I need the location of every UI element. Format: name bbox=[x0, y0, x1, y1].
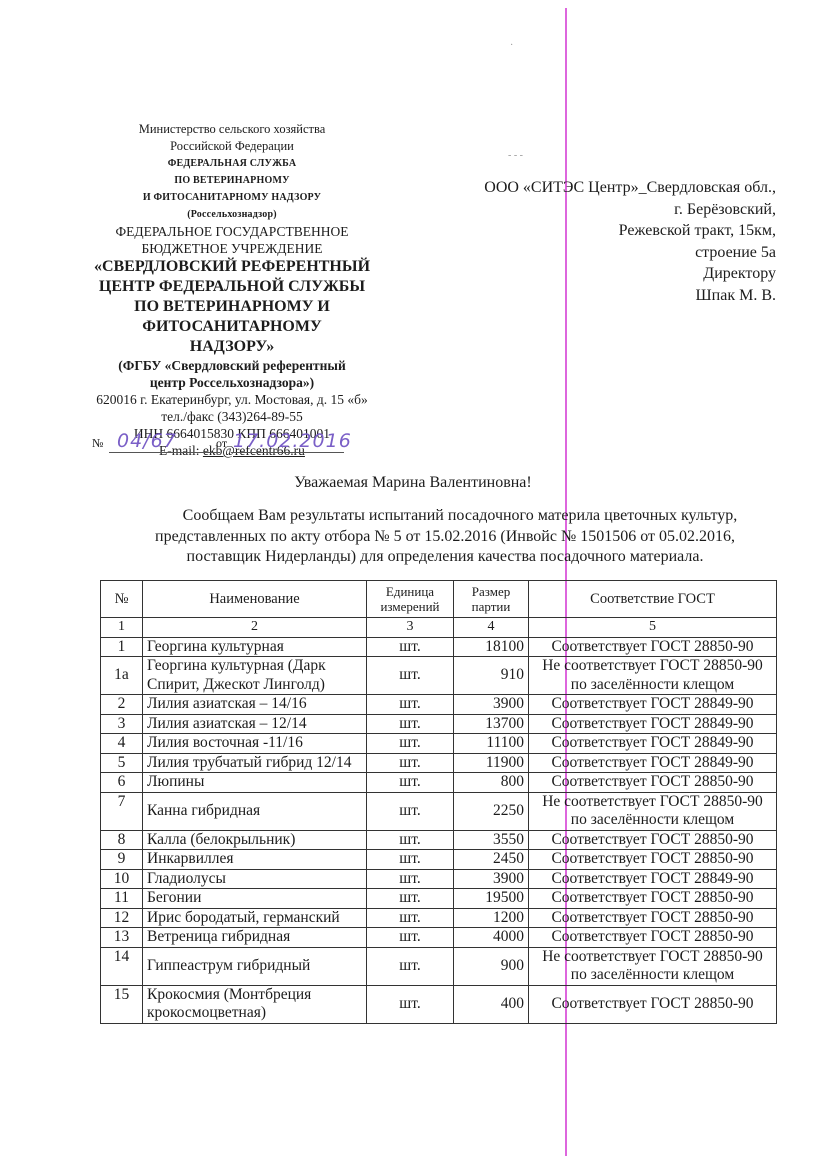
letterhead-address: 620016 г. Екатеринбург, ул. Мостовая, д.… bbox=[82, 391, 382, 408]
recipient-line: ООО «СИТЭС Центр»_Свердловская обл., bbox=[484, 177, 776, 199]
row-unit: шт. bbox=[367, 830, 454, 850]
row-name: Лилия трубчатый гибрид 12/14 bbox=[143, 753, 367, 773]
letterhead-line: ФИТОСАНИТАРНОМУ bbox=[82, 317, 382, 337]
body-paragraph: Сообщаем Вам результаты испытаний посадо… bbox=[105, 506, 785, 568]
letterhead-line: И ФИТОСАНИТАРНОМУ НАДЗОРУ bbox=[82, 189, 382, 206]
row-unit: шт. bbox=[367, 657, 454, 695]
row-unit: шт. bbox=[367, 985, 454, 1023]
row-unit: шт. bbox=[367, 734, 454, 754]
col-header-name: Наименование bbox=[143, 581, 367, 618]
col-header-size-line2: партии bbox=[458, 599, 524, 614]
row-number: 13 bbox=[101, 928, 143, 948]
row-size: 800 bbox=[454, 773, 529, 793]
row-name: Инкарвиллея bbox=[143, 850, 367, 870]
row-name: Калла (белокрыльник) bbox=[143, 830, 367, 850]
scan-smudge: · bbox=[510, 40, 513, 51]
table-row: 3Лилия азиатская – 12/14шт.13700Соответс… bbox=[101, 714, 777, 734]
recipient-line: Директору bbox=[484, 263, 776, 285]
table-row: 5Лилия трубчатый гибрид 12/14шт.11900Соо… bbox=[101, 753, 777, 773]
row-size: 3550 bbox=[454, 830, 529, 850]
col-header-unit-line2: измерений bbox=[371, 599, 449, 614]
row-gost-compliance: Соответствует ГОСТ 28850-90 bbox=[529, 985, 777, 1023]
col-header-no: № bbox=[101, 581, 143, 618]
row-gost-compliance: Соответствует ГОСТ 28850-90 bbox=[529, 773, 777, 793]
row-unit: шт. bbox=[367, 928, 454, 948]
row-unit: шт. bbox=[367, 869, 454, 889]
letterhead-line: ПО ВЕТЕРИНАРНОМУ bbox=[82, 172, 382, 189]
row-name: Канна гибридная bbox=[143, 792, 367, 830]
table-header-row: № Наименование Единицаизмерений Размерпа… bbox=[101, 581, 777, 618]
row-unit: шт. bbox=[367, 695, 454, 715]
row-size: 18100 bbox=[454, 637, 529, 657]
reg-date-label: от bbox=[216, 436, 227, 451]
row-size: 19500 bbox=[454, 889, 529, 909]
row-gost-compliance: Соответствует ГОСТ 28850-90 bbox=[529, 637, 777, 657]
row-unit: шт. bbox=[367, 850, 454, 870]
column-number: 2 bbox=[143, 618, 367, 638]
row-size: 2250 bbox=[454, 792, 529, 830]
row-number: 15 bbox=[101, 985, 143, 1023]
row-name: Бегонии bbox=[143, 889, 367, 909]
table-row: 1аГеоргина культурная (Дарк Спирит, Джес… bbox=[101, 657, 777, 695]
row-number: 9 bbox=[101, 850, 143, 870]
body-line: представленных по акту отбора № 5 от 15.… bbox=[105, 527, 785, 548]
row-unit: шт. bbox=[367, 792, 454, 830]
row-gost-compliance: Соответствует ГОСТ 28850-90 bbox=[529, 830, 777, 850]
letter-page: · - - - Министерство сельского хозяйства… bbox=[0, 0, 826, 1169]
row-number: 5 bbox=[101, 753, 143, 773]
table-row: 1Георгина культурнаяшт.18100Соответствуе… bbox=[101, 637, 777, 657]
row-size: 13700 bbox=[454, 714, 529, 734]
letterhead-line: центр Россельхознадзора») bbox=[82, 374, 382, 391]
table-row: 6Люпинышт.800Соответствует ГОСТ 28850-90 bbox=[101, 773, 777, 793]
reg-number-label: № bbox=[92, 436, 103, 451]
row-gost-compliance: Соответствует ГОСТ 28850-90 bbox=[529, 850, 777, 870]
row-number: 11 bbox=[101, 889, 143, 909]
row-name: Люпины bbox=[143, 773, 367, 793]
recipient-line: Шпак М. В. bbox=[484, 285, 776, 307]
table-row: 2Лилия азиатская – 14/16шт.3900Соответст… bbox=[101, 695, 777, 715]
letterhead-line: Российской Федерации bbox=[82, 138, 382, 155]
col-header-unit: Единицаизмерений bbox=[367, 581, 454, 618]
table-body: 1Георгина культурнаяшт.18100Соответствуе… bbox=[101, 637, 777, 1023]
row-name: Ветреница гибридная bbox=[143, 928, 367, 948]
row-number: 7 bbox=[101, 792, 143, 830]
row-gost-compliance: Соответствует ГОСТ 28850-90 bbox=[529, 908, 777, 928]
letterhead-line: НАДЗОРУ» bbox=[82, 337, 382, 357]
row-gost-compliance: Соответствует ГОСТ 28850-90 bbox=[529, 928, 777, 948]
column-number: 3 bbox=[367, 618, 454, 638]
row-size: 3900 bbox=[454, 869, 529, 889]
row-size: 4000 bbox=[454, 928, 529, 948]
results-table: № Наименование Единицаизмерений Размерпа… bbox=[100, 580, 777, 1024]
row-name: Лилия восточная -11/16 bbox=[143, 734, 367, 754]
letterhead-line: (ФГБУ «Свердловский референтный bbox=[82, 357, 382, 374]
row-name: Гладиолусы bbox=[143, 869, 367, 889]
recipient-block: ООО «СИТЭС Центр»_Свердловская обл., г. … bbox=[484, 177, 776, 306]
row-unit: шт. bbox=[367, 637, 454, 657]
table-row: 9Инкарвиллеяшт.2450Соответствует ГОСТ 28… bbox=[101, 850, 777, 870]
row-gost-compliance: Соответствует ГОСТ 28849-90 bbox=[529, 753, 777, 773]
recipient-line: г. Берёзовский, bbox=[484, 199, 776, 221]
column-number: 5 bbox=[529, 618, 777, 638]
col-header-size-line1: Размер bbox=[458, 584, 524, 599]
row-size: 910 bbox=[454, 657, 529, 695]
column-number-row: 1 2 3 4 5 bbox=[101, 618, 777, 638]
row-gost-compliance: Не соответствует ГОСТ 28850-90 по заселё… bbox=[529, 947, 777, 985]
letterhead-line: ФЕДЕРАЛЬНОЕ ГОСУДАРСТВЕННОЕ bbox=[82, 223, 382, 240]
letterhead-phone: тел./факс (343)264-89-55 bbox=[82, 408, 382, 425]
reg-number-handwritten: 04/67 bbox=[109, 430, 220, 453]
row-size: 3900 bbox=[454, 695, 529, 715]
row-gost-compliance: Соответствует ГОСТ 28849-90 bbox=[529, 695, 777, 715]
row-unit: шт. bbox=[367, 773, 454, 793]
body-line: поставщик Нидерланды) для определения ка… bbox=[105, 547, 785, 568]
row-number: 10 bbox=[101, 869, 143, 889]
row-number: 1а bbox=[101, 657, 143, 695]
row-name: Лилия азиатская – 14/16 bbox=[143, 695, 367, 715]
row-size: 11900 bbox=[454, 753, 529, 773]
table-row: 7Канна гибриднаяшт.2250Не соответствует … bbox=[101, 792, 777, 830]
greeting: Уважаемая Марина Валентиновна! bbox=[0, 474, 826, 492]
row-gost-compliance: Соответствует ГОСТ 28850-90 bbox=[529, 889, 777, 909]
letterhead-line: «СВЕРДЛОВСКИЙ РЕФЕРЕНТНЫЙ bbox=[82, 257, 382, 277]
table-row: 11Бегониишт.19500Соответствует ГОСТ 2885… bbox=[101, 889, 777, 909]
row-name: Ирис бородатый, германский bbox=[143, 908, 367, 928]
table-row: 12Ирис бородатый, германскийшт.1200Соотв… bbox=[101, 908, 777, 928]
row-number: 14 bbox=[101, 947, 143, 985]
row-name: Георгина культурная (Дарк Спирит, Джеско… bbox=[143, 657, 367, 695]
registration-line: № 04/67 от 17.02.2016 bbox=[92, 431, 352, 459]
row-unit: шт. bbox=[367, 947, 454, 985]
row-unit: шт. bbox=[367, 753, 454, 773]
row-number: 2 bbox=[101, 695, 143, 715]
row-gost-compliance: Соответствует ГОСТ 28849-90 bbox=[529, 869, 777, 889]
row-size: 11100 bbox=[454, 734, 529, 754]
table-row: 13Ветреница гибриднаяшт.4000Соответствуе… bbox=[101, 928, 777, 948]
table-row: 15Крокосмия (Монтбреция крокосмоцветная)… bbox=[101, 985, 777, 1023]
table-row: 10Гладиолусышт.3900Соответствует ГОСТ 28… bbox=[101, 869, 777, 889]
table-row: 14Гиппеаструм гибридныйшт.900Не соответс… bbox=[101, 947, 777, 985]
row-name: Гиппеаструм гибридный bbox=[143, 947, 367, 985]
letterhead-line: БЮДЖЕТНОЕ УЧРЕЖДЕНИЕ bbox=[82, 240, 382, 257]
row-size: 900 bbox=[454, 947, 529, 985]
row-number: 4 bbox=[101, 734, 143, 754]
col-header-size: Размерпартии bbox=[454, 581, 529, 618]
row-name: Лилия азиатская – 12/14 bbox=[143, 714, 367, 734]
row-size: 1200 bbox=[454, 908, 529, 928]
row-size: 400 bbox=[454, 985, 529, 1023]
recipient-line: Режевской тракт, 15км, bbox=[484, 220, 776, 242]
row-name: Георгина культурная bbox=[143, 637, 367, 657]
column-number: 1 bbox=[101, 618, 143, 638]
row-name: Крокосмия (Монтбреция крокосмоцветная) bbox=[143, 985, 367, 1023]
row-number: 12 bbox=[101, 908, 143, 928]
col-header-gost: Соответствие ГОСТ bbox=[529, 581, 777, 618]
letterhead-line: (Россельхознадзор) bbox=[82, 206, 382, 223]
row-number: 8 bbox=[101, 830, 143, 850]
row-number: 6 bbox=[101, 773, 143, 793]
row-unit: шт. bbox=[367, 889, 454, 909]
row-gost-compliance: Не соответствует ГОСТ 28850-90 по заселё… bbox=[529, 792, 777, 830]
row-gost-compliance: Не соответствует ГОСТ 28850-90 по заселё… bbox=[529, 657, 777, 695]
table-row: 8Калла (белокрыльник)шт.3550Соответствуе… bbox=[101, 830, 777, 850]
scan-smudge: - - - bbox=[508, 150, 523, 161]
row-unit: шт. bbox=[367, 714, 454, 734]
row-gost-compliance: Соответствует ГОСТ 28849-90 bbox=[529, 734, 777, 754]
letterhead-line: ФЕДЕРАЛЬНАЯ СЛУЖБА bbox=[82, 155, 382, 172]
sender-letterhead: Министерство сельского хозяйства Российс… bbox=[82, 121, 382, 459]
table-row: 4Лилия восточная -11/16шт.11100Соответст… bbox=[101, 734, 777, 754]
letterhead-line: ЦЕНТР ФЕДЕРАЛЬНОЙ СЛУЖБЫ bbox=[82, 277, 382, 297]
col-header-unit-line1: Единица bbox=[371, 584, 449, 599]
column-number: 4 bbox=[454, 618, 529, 638]
row-size: 2450 bbox=[454, 850, 529, 870]
row-number: 1 bbox=[101, 637, 143, 657]
row-gost-compliance: Соответствует ГОСТ 28849-90 bbox=[529, 714, 777, 734]
row-number: 3 bbox=[101, 714, 143, 734]
row-unit: шт. bbox=[367, 908, 454, 928]
letterhead-line: ПО ВЕТЕРИНАРНОМУ И bbox=[82, 297, 382, 317]
reg-date-handwritten: 17.02.2016 bbox=[231, 430, 344, 453]
letterhead-line: Министерство сельского хозяйства bbox=[82, 121, 382, 138]
recipient-line: строение 5а bbox=[484, 242, 776, 264]
body-line: Сообщаем Вам результаты испытаний посадо… bbox=[105, 506, 785, 527]
